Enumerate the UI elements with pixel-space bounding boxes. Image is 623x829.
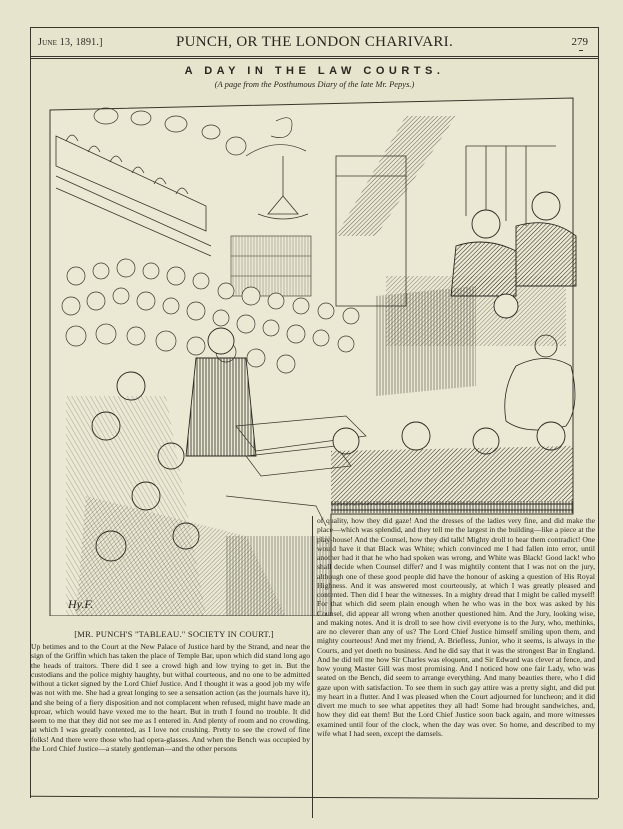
page-number: 279 <box>572 36 589 48</box>
artist-signature: Hy.F. <box>67 597 93 611</box>
article-headline: A DAY IN THE LAW COURTS. <box>31 65 598 77</box>
running-head: June 13, 1891.] PUNCH, OR THE LONDON CHA… <box>31 28 598 59</box>
article-column-right: of quality, how they did gaze! And the d… <box>312 516 595 818</box>
right-column-text: of quality, how they did gaze! And the d… <box>317 516 595 738</box>
left-column-text: Up betimes and to the Court at the New P… <box>31 642 310 753</box>
illustration-caption: [MR. PUNCH'S "TABLEAU." SOCIETY IN COURT… <box>43 629 305 639</box>
newspaper-page: June 13, 1891.] PUNCH, OR THE LONDON CHA… <box>30 27 599 798</box>
publication-title: PUNCH, OR THE LONDON CHARIVARI. <box>31 34 598 51</box>
article-subhead: (A page from the Posthumous Diary of the… <box>31 79 598 89</box>
article-column-left: Up betimes and to the Court at the New P… <box>31 642 310 753</box>
